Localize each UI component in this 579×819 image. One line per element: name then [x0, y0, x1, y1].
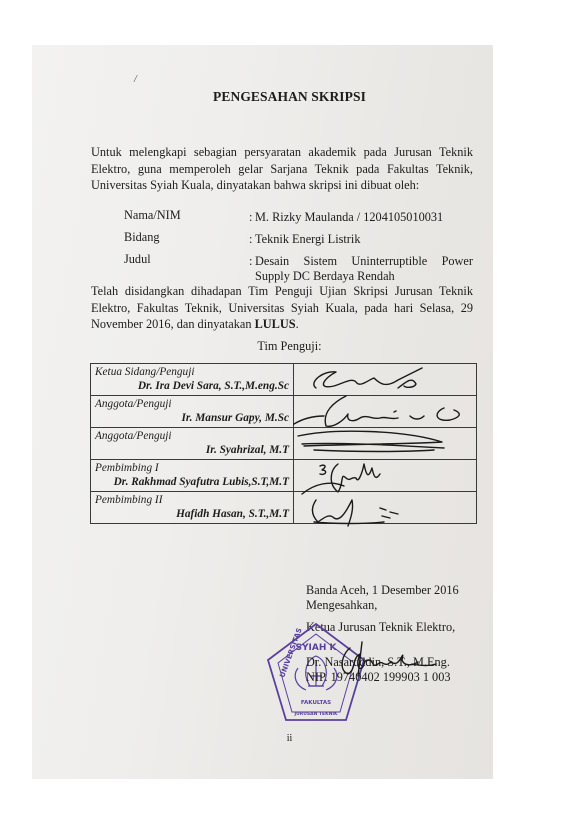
svg-text:JURUSAN TEKNIK: JURUSAN TEKNIK: [293, 711, 338, 717]
page-title: PENGESAHAN SKRIPSI: [0, 89, 579, 105]
place-date: Banda Aceh, 1 Desember 2016: [306, 583, 459, 598]
intro-paragraph: Untuk melengkapi sebagian persyaratan ak…: [91, 144, 473, 194]
field-label: Bidang: [124, 230, 160, 245]
exam-paragraph: Telah disidangkan dihadapan Tim Penguji …: [91, 283, 473, 333]
committee-name: Dr. Ira Devi Sara, S.T.,M.eng.Sc: [91, 379, 293, 394]
committee-role: Anggota/Penguji: [91, 429, 293, 443]
approval-block: Banda Aceh, 1 Desember 2016 Mengesahkan,: [306, 583, 459, 613]
committee-role: Anggota/Penguji: [91, 397, 293, 411]
committee-role: Pembimbing I: [91, 461, 293, 475]
signature-icon: [294, 486, 479, 530]
table-row: Pembimbing IIHafidh Hasan, S.T.,M.T: [91, 492, 477, 524]
committee-role: Pembimbing II: [91, 493, 293, 507]
committee-name: Hafidh Hasan, S.T.,M.T: [91, 507, 293, 522]
field-value-name: M. Rizky Maulanda / 1204105010031: [255, 210, 443, 224]
field-label: Nama/NIM: [124, 208, 181, 223]
approver-details: Dr. Nasaruddin, S.T., M.Eng. NIP. 197404…: [306, 655, 451, 685]
approver-name: Dr. Nasaruddin, S.T., M.Eng.: [306, 655, 451, 670]
committee-table: Ketua Sidang/PengujiDr. Ira Devi Sara, S…: [90, 363, 477, 524]
approval-label: Mengesahkan,: [306, 598, 459, 613]
committee-name: Dr. Rakhmad Syafutra Lubis,S.T,M.T: [91, 475, 293, 490]
exam-text-end: .: [296, 317, 299, 331]
page-number: ii: [0, 733, 579, 744]
svg-text:FAKULTAS: FAKULTAS: [301, 700, 331, 706]
committee-role: Ketua Sidang/Penguji: [91, 365, 293, 379]
stray-pen-mark: /: [134, 74, 137, 85]
field-value-title: Desain Sistem Uninterruptible Power Supp…: [255, 254, 473, 283]
committee-name: Ir. Syahrizal, M.T: [91, 443, 293, 458]
exam-result: LULUS: [255, 317, 296, 331]
field-label: Judul: [124, 252, 151, 267]
committee-heading: Tim Penguji:: [0, 339, 579, 354]
field-value-field: Teknik Energi Listrik: [255, 232, 360, 246]
signature-cell: [294, 492, 477, 524]
approver-nip: NIP. 19740402 199903 1 003: [306, 670, 451, 685]
committee-name: Ir. Mansur Gapy, M.Sc: [91, 411, 293, 426]
